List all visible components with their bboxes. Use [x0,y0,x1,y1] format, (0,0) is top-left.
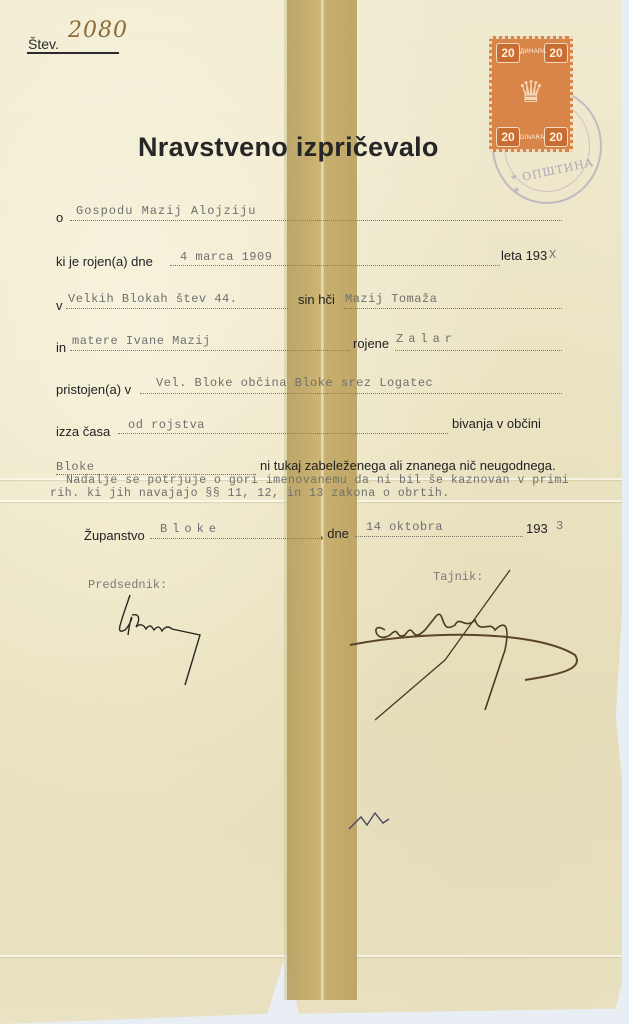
date-label: , dne [320,526,349,541]
document-title: Nravstveno izpričevalo [138,132,439,163]
number-label: Štev. [28,36,59,52]
fill-line [70,220,562,221]
field-value-year: X [549,248,557,262]
field-label-son-daughter: sin hči [298,292,335,307]
field-value-municipality: Bloke [56,460,95,474]
fill-line [355,536,523,537]
fill-line [150,538,322,539]
field-label: v [56,298,63,313]
fill-line [344,308,562,309]
field-value-since: od rojstva [128,418,205,432]
stamp-value: 20 [496,43,520,63]
revenue-stamp: 20 20 ДИНАРА ♛ 20 20 DINARA [489,36,573,152]
field-value-birthdate: 4 marca 1909 [180,250,272,264]
fill-line [70,350,350,351]
field-value-recipient: Gospodu Mazij Alojziju [76,204,256,218]
stamp-value: 20 [544,43,568,63]
fill-line [66,308,288,309]
date-value: 14 oktobra [366,520,443,534]
office-place: Bloke [160,522,221,536]
field-value-domicile: Vel. Bloke občina Bloke srez Logatec [156,376,433,390]
fill-line [140,393,562,394]
statement-text: ni tukaj zabeleženega ali znanega nič ne… [260,458,556,473]
fill-line [395,350,562,351]
stamp-value: 20 [496,127,520,147]
fill-line [118,433,448,434]
double-headed-eagle-icon: ♛ [516,73,546,113]
addendum-line: rih. ki jih navajajo §§ 11, 12, in 13 za… [50,487,450,500]
field-label: in [56,340,66,355]
year-typed: 3 [556,519,564,533]
stamp-currency: DINARA [520,135,544,141]
number-underline [27,52,119,54]
field-label: izza časa [56,424,110,439]
field-value-father: Mazij Tomaža [345,292,437,306]
year-printed: 193 [526,521,548,536]
addendum-line: Nadalje se potrjuje o gori imenovanemu d… [66,474,569,487]
field-value-residence: Velkih Blokah štev 44. [68,292,237,306]
secretary-signature [345,560,585,730]
field-label: ki je rojen(a) dne [56,254,153,269]
stamp-value: 20 [544,127,568,147]
field-label: o [56,210,63,225]
field-label-year: leta 193 [501,248,547,263]
pencil-mark [345,805,405,835]
stamp-currency: ДИНАРА [520,49,546,55]
field-label: pristojen(a) v [56,382,131,397]
field-value-maiden-name: Zalar [396,332,457,346]
field-label-residing: bivanja v občini [452,416,541,431]
office-label: Županstvo [84,528,145,543]
number-value: 2080 [68,18,128,43]
field-label-maiden: rojene [353,336,389,351]
fill-line [170,265,500,266]
president-signature [110,585,210,695]
field-value-mother: matere Ivane Mazij [72,334,211,348]
